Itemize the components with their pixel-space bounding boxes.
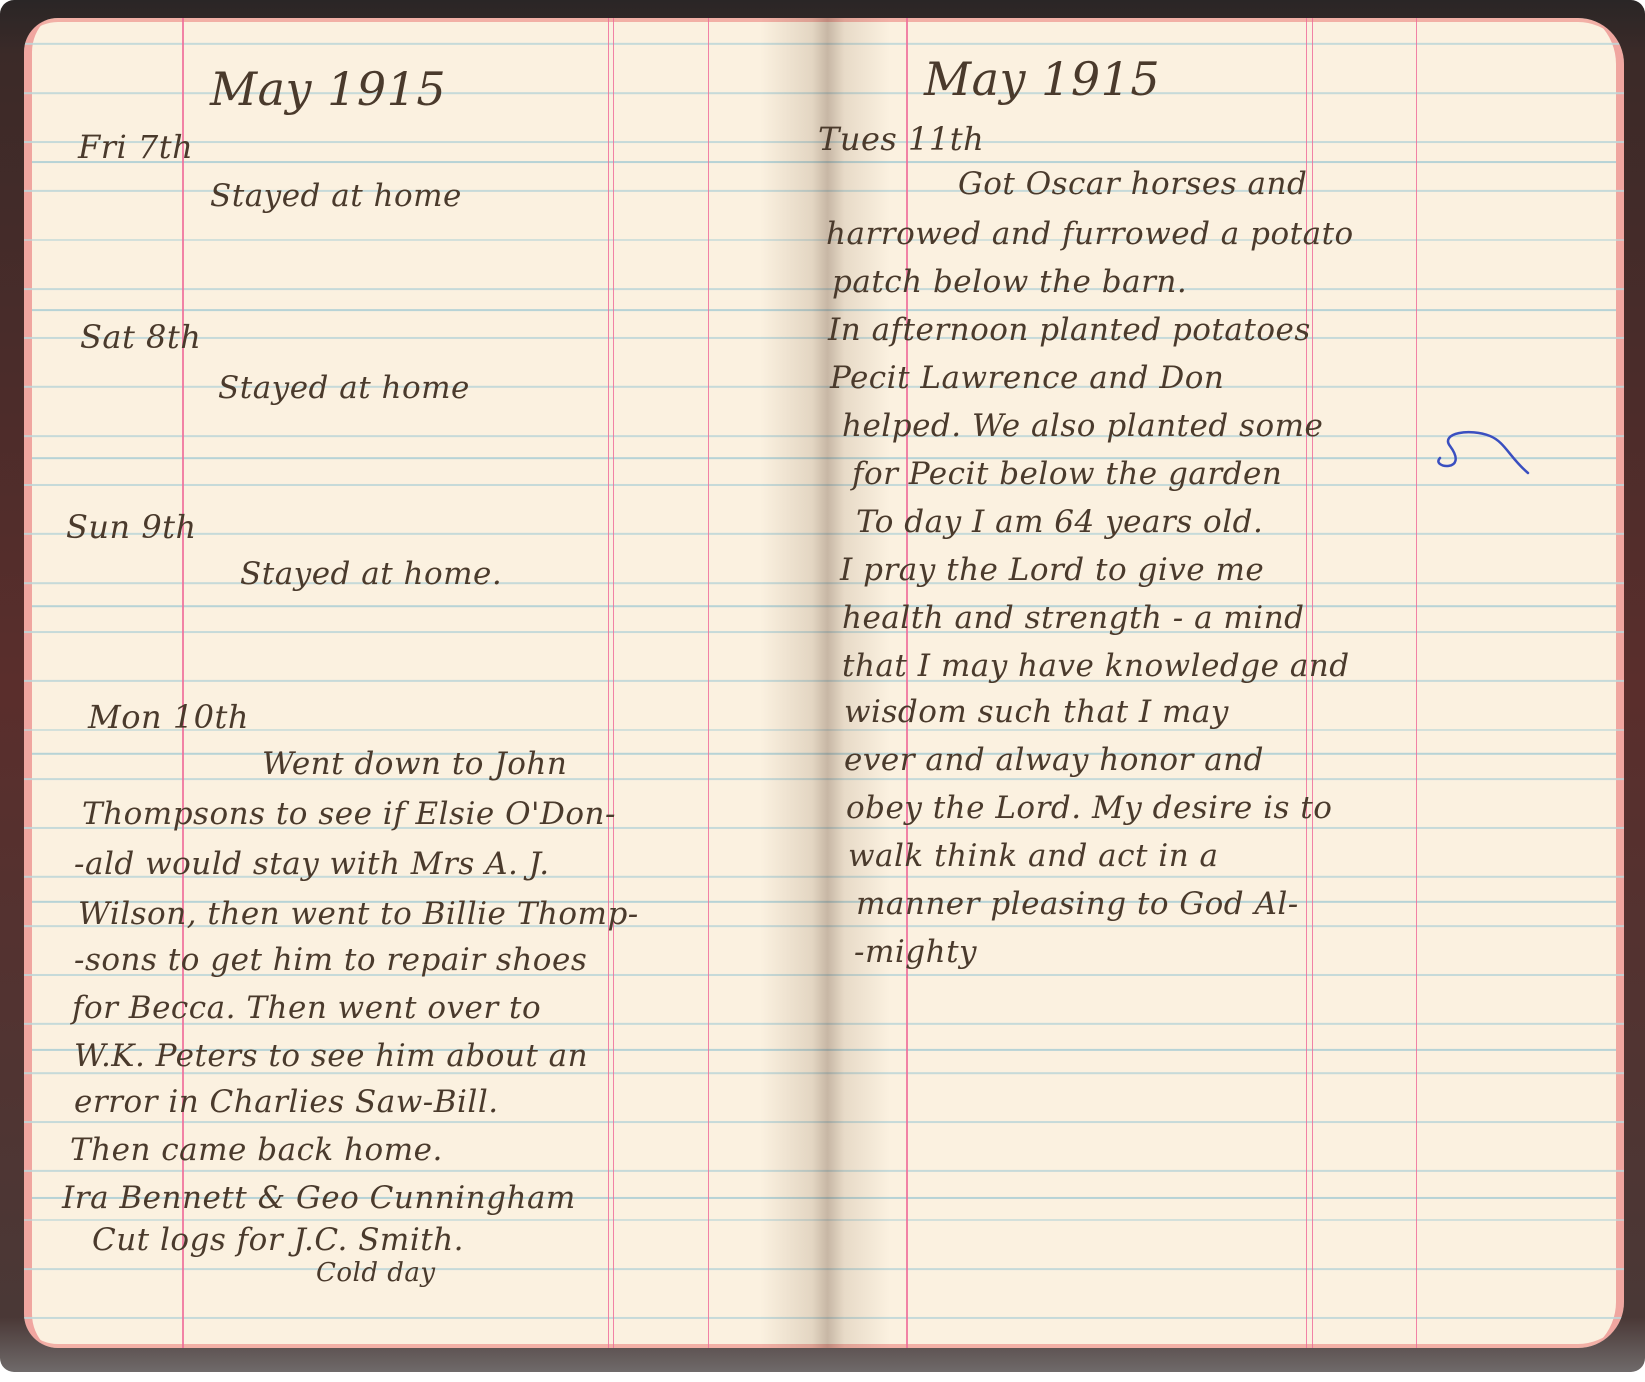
entry-text: error in Charlies Saw-Bill.	[74, 1084, 499, 1120]
entry-date: Sun 9th	[66, 508, 197, 546]
entry-text: obey the Lord. My desire is to	[846, 790, 1332, 826]
entry-text: Stayed at home	[218, 370, 470, 406]
entry-text: I pray the Lord to give me	[840, 552, 1264, 588]
margin-line	[608, 18, 609, 1348]
entry-text: Stayed at home.	[240, 556, 502, 592]
entry-text: W.K. Peters to see him about an	[74, 1038, 588, 1074]
margin-line	[1416, 18, 1417, 1348]
entry-text: manner pleasing to God Al-	[856, 886, 1299, 922]
entry-text: Wilson, then went to Billie Thomp-	[78, 896, 639, 932]
entry-text: Cut logs for J.C. Smith.	[92, 1222, 464, 1258]
entry-date: Sat 8th	[80, 318, 201, 356]
margin-line	[613, 18, 614, 1348]
entry-text: that I may have knowledge and	[842, 648, 1350, 684]
entry-text: -sons to get him to repair shoes	[74, 942, 587, 978]
entry-text: for Pecit below the garden	[852, 456, 1282, 492]
entry-text: Thompsons to see if Elsie O'Don-	[82, 796, 616, 832]
entry-text: wisdom such that I may	[844, 694, 1229, 730]
page-heading: May 1915	[924, 52, 1160, 106]
entry-text: To day I am 64 years old.	[856, 504, 1263, 540]
entry-text: Went down to John	[262, 746, 567, 782]
entry-text: Got Oscar horses and	[958, 166, 1307, 202]
entry-text: harrowed and furrowed a potato	[826, 216, 1354, 252]
entry-text: patch below the barn.	[832, 264, 1187, 300]
entry-text: walk think and act in a	[848, 838, 1219, 874]
page-heading: May 1915	[210, 62, 446, 116]
entry-text: In afternoon planted potatoes	[828, 312, 1311, 348]
entry-date: Fri 7th	[78, 128, 193, 166]
entry-date: Tues 11th	[818, 120, 984, 158]
entry-text: for Becca. Then went over to	[72, 990, 541, 1026]
entry-text: Stayed at home	[210, 178, 462, 214]
entry-text: Pecit Lawrence and Don	[830, 360, 1224, 396]
entry-text: helped. We also planted some	[842, 408, 1323, 444]
entry-date: Mon 10th	[88, 698, 249, 736]
entry-text: -ald would stay with Mrs A. J.	[74, 846, 550, 882]
entry-text: ever and alway honor and	[844, 742, 1264, 778]
entry-text: -mighty	[854, 934, 977, 970]
entry-text: health and strength - a mind	[842, 600, 1305, 636]
entry-text: Then came back home.	[70, 1132, 443, 1168]
entry-text: Cold day	[316, 1258, 436, 1288]
blue-ink-correction-mark	[1410, 418, 1530, 478]
margin-line	[708, 18, 709, 1348]
entry-text: Ira Bennett & Geo Cunningham	[62, 1180, 576, 1216]
